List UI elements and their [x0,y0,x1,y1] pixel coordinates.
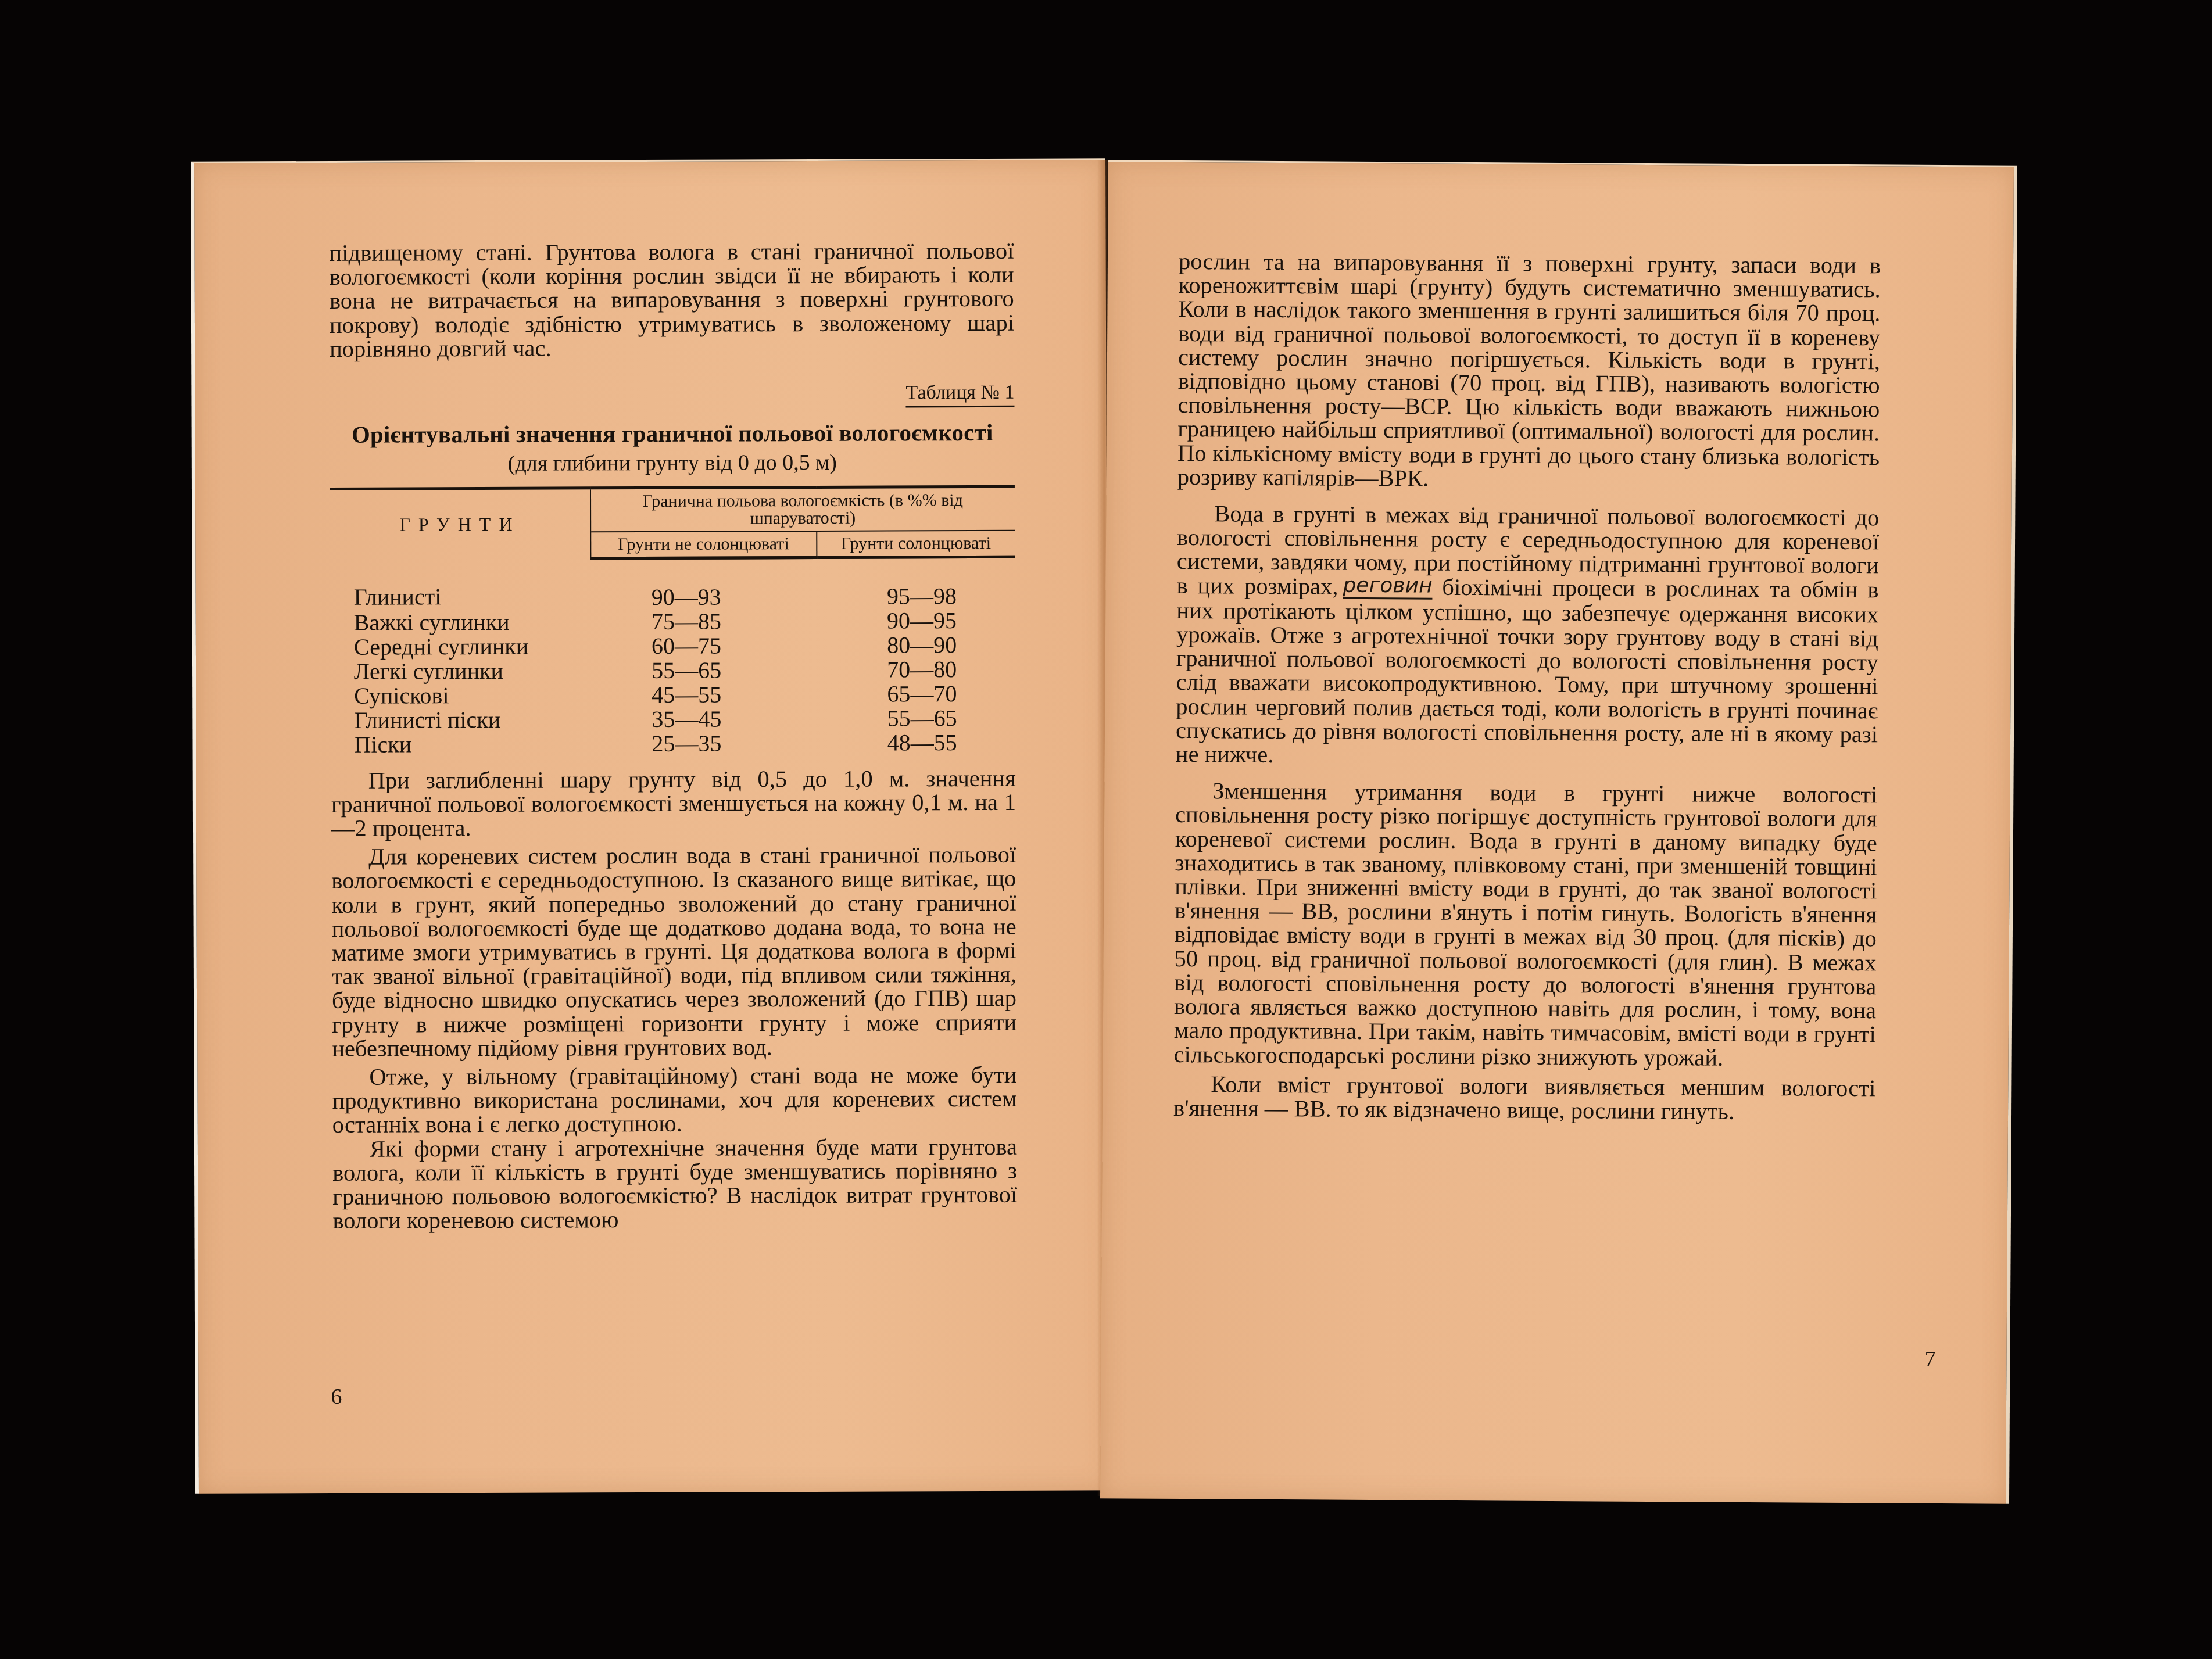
left-text-column: підвищеному стані. Грунтова волога в ста… [329,239,1017,1233]
handwritten-annotation: реговин [1343,573,1432,599]
right-page: рослин та на випаровування її з поверхні… [1100,160,2017,1504]
table-subtitle: (для глибини грунту від 0 до 0,5 м) [330,450,1015,476]
paragraph: При заглибленні шару грунту від 0,5 до 1… [331,766,1016,840]
paragraph: Отже, у вільному (гравітаційному) стані … [332,1063,1016,1137]
left-page: підвищеному стані. Грунтова волога в ста… [191,158,1110,1493]
paragraph: Для кореневих систем рослин вода в стані… [331,843,1016,1060]
header-field-capacity: Гранична польова вологоємкість (в %% від… [590,486,1015,532]
header-non-saline: Грунти не солонцюваті [590,531,817,558]
header-saline: Грунти солонцюваті [817,530,1015,557]
paragraph: Зменшення утримання води в грунті нижче … [1174,779,1878,1070]
table-row: Легкі суглинки 55—65 70—80 [331,657,1015,683]
book-spread: підвищеному стані. Грунтова волога в ста… [0,0,2212,1659]
table-row: Супіскові 45—55 65—70 [331,681,1015,708]
table-row: Важкі суглинки 75—85 90—95 [331,608,1015,635]
field-capacity-table: ГРУНТИ Гранична польова вологоємкість (в… [330,485,1016,757]
paragraph-with-annotation: Вода в грунті в межах від граничної поль… [1176,501,1880,771]
table-title: Орієнтувальні значення граничної польово… [330,421,1015,447]
paragraph: Які форми стану і агротехнічне значення … [332,1134,1018,1232]
paragraph: рослин та на випаровування її з поверхні… [1177,249,1881,493]
table-row: Піски 25—35 48—55 [331,730,1015,757]
table-row: Глинисті піски 35—45 55—65 [331,705,1015,732]
table-caption: Таблиця № 1 [330,381,1014,407]
page-number: 7 [1924,1346,1935,1372]
page-number: 6 [331,1384,342,1410]
table-row: Середні суглинки 60—75 80—90 [331,632,1015,659]
right-text-column: рослин та на випаровування її з поверхні… [1173,249,1881,1124]
paragraph: Коли вміст грунтової вологи виявляється … [1173,1072,1875,1124]
intro-paragraph: підвищеному стані. Грунтова волога в ста… [329,239,1014,361]
table-row: Глинисті 90—93 95—98 [330,557,1015,611]
header-soils: ГРУНТИ [330,488,590,559]
